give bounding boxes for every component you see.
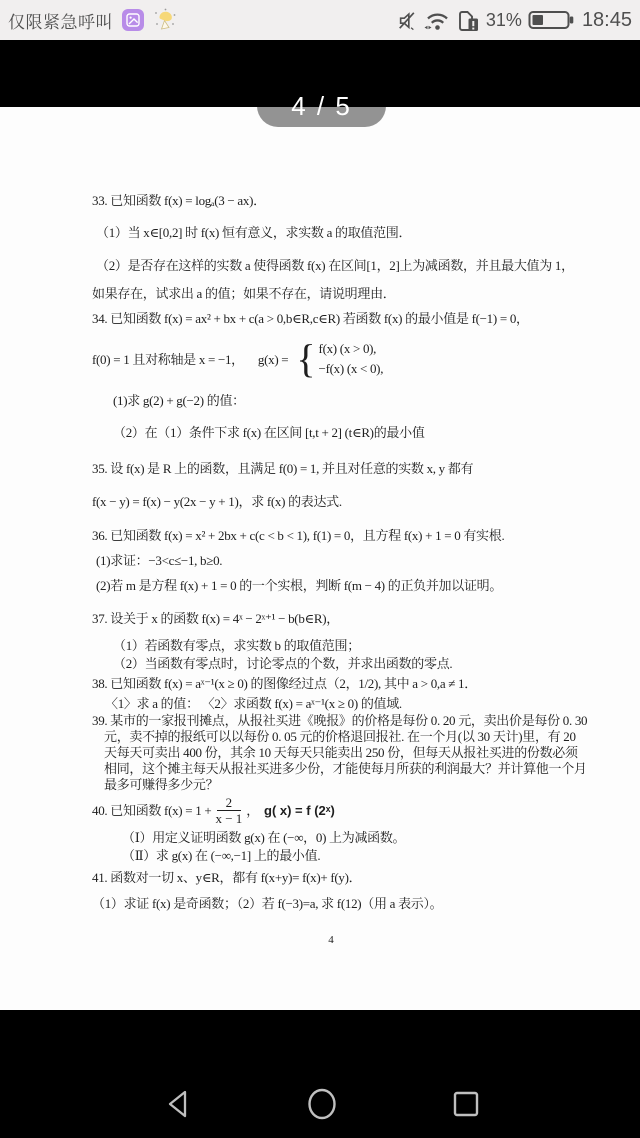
q40-line-2: （Ⅰ）用定义证明函数 g(x) 在 (−∞，0) 上为减函数。 <box>122 829 570 847</box>
q34-piecewise-line: f(0) = 1 且对称轴是 x = −1， g(x) = { f(x) (x … <box>92 336 570 382</box>
gallery-notification-icon <box>122 9 144 31</box>
page-indicator-pill: 4 / 5 <box>257 85 386 127</box>
page-number: 4 <box>92 931 570 950</box>
cases-brace: { <box>296 337 315 381</box>
fraction-numerator: 2 <box>217 795 242 811</box>
q34-cases-function: g(x) = <box>258 350 288 369</box>
tips-notification-icon <box>153 7 178 34</box>
q34-line-4: （2）在（1）条件下求 f(x) 在区间 [t,t + 2] (t∈R)的最小值 <box>113 423 570 442</box>
q39-line-5: 最多可赚得多少元？ <box>104 777 570 793</box>
q34-line-1: 34. 已知函数 f(x) = ax² + bx + c(a > 0,b∈R,c… <box>92 309 570 328</box>
q36-line-3: (2)若 m 是方程 f(x) + 1 = 0 的一个实根，判断 f(m − 4… <box>96 576 570 595</box>
fraction-denominator: x − 1 <box>215 811 242 826</box>
battery-percent: 31% <box>486 10 522 31</box>
status-bar[interactable]: 仅限紧急呼叫 <box>0 0 640 40</box>
q34-case-1: f(x) (x > 0), <box>319 339 384 359</box>
q40-comma: ， <box>246 801 259 820</box>
q35-line-2: f(x − y) = f(x) − y(2x − y + 1)，求 f(x) 的… <box>92 492 570 511</box>
q40-prefix: 40. 已知函数 f(x) = 1 + <box>92 801 211 820</box>
q41-line-2: （1）求证 f(x) 是奇函数；（2）若 f(−3)=a, 求 f(12)（用 … <box>92 895 570 913</box>
q33-line-2: （1）当 x∈[0,2] 时 f(x) 恒有意义，求实数 a 的取值范围． <box>96 223 570 242</box>
home-button[interactable] <box>302 1084 342 1124</box>
q35-line-1: 35. 设 f(x) 是 R 上的函数，且满足 f(0) = 1, 并且对任意的… <box>92 459 570 478</box>
q38-line-1: 38. 已知函数 f(x) = aˣ⁻¹(x ≥ 0) 的图像经过点（2，1/2… <box>92 675 570 693</box>
q34-case-2: −f(x) (x < 0), <box>319 359 384 379</box>
back-button[interactable] <box>158 1084 198 1124</box>
clock: 18:45 <box>582 9 632 32</box>
q39-line-2: 元，卖不掉的报纸可以以每份 0. 05 元的价格退回报社. 在一个月(以 30 … <box>104 729 570 745</box>
recents-button[interactable] <box>446 1084 486 1124</box>
q37-line-2: （1）若函数有零点，求实数 b 的取值范围； <box>113 637 570 655</box>
home-icon <box>306 1087 338 1121</box>
q37-line-1: 37. 设关于 x 的函数 f(x) = 4ˣ − 2ˣ⁺¹ − b(b∈R)， <box>92 609 570 628</box>
back-icon <box>165 1089 191 1119</box>
q34-line-3: (1)求 g(2) + g(−2) 的值： <box>113 391 570 410</box>
q40-gx-definition: g( x) = f (2ˣ) <box>264 803 335 818</box>
q36-line-1: 36. 已知函数 f(x) = x² + 2bx + c(c < b < 1),… <box>92 526 570 545</box>
q33-line-3: （2）是否存在这样的实数 a 使得函数 f(x) 在区间[1，2]上为减函数，并… <box>96 256 570 275</box>
page-indicator-label: 4 / 5 <box>291 91 352 122</box>
status-bar-left: 仅限紧急呼叫 <box>8 7 178 34</box>
navigation-bar <box>0 1010 640 1138</box>
recents-icon <box>452 1090 480 1118</box>
q39-line-4: 相同，这个摊主每天从报社买进多少份，才能使每月所获的利润最大？并计算他一个月 <box>104 761 570 777</box>
battery-icon <box>528 9 574 31</box>
q36-line-2: (1)求证：−3<c≤−1, b≥0. <box>96 551 570 570</box>
q39-line-3: 天每天可卖出 400 份，其余 10 天每天只能卖出 250 份，但每天从报社买… <box>104 745 570 761</box>
q40-fraction-line: 40. 已知函数 f(x) = 1 + 2 x − 1 ， g( x) = f … <box>92 793 570 827</box>
q41-line-1: 41. 函数对一切 x、y∈R，都有 f(x+y)= f(x)+ f(y)． <box>92 869 570 887</box>
q33-line-1: 33. 已知函数 f(x) = logₐ(3 − ax)． <box>92 191 570 210</box>
q40-line-3: （Ⅱ）求 g(x) 在 (−∞,−1] 上的最小值. <box>122 847 570 865</box>
document-page[interactable]: 33. 已知函数 f(x) = logₐ(3 − ax)． （1）当 x∈[0,… <box>0 107 640 1010</box>
q34-cases: f(x) (x > 0), −f(x) (x < 0), <box>319 339 384 379</box>
status-bar-right: 31% 18:45 <box>397 9 632 32</box>
wifi-icon <box>423 9 451 32</box>
fraction: 2 x − 1 <box>215 795 242 826</box>
carrier-text: 仅限紧急呼叫 <box>8 8 113 33</box>
sim-alert-icon <box>457 9 480 32</box>
q38-line-2: 〈1〉求 a 的值： 〈2〉求函数 f(x) = aˣ⁻¹(x ≥ 0) 的值域… <box>105 695 570 713</box>
q33-line-4: 如果存在，试求出 a 的值；如果不存在，请说明理由． <box>92 284 570 303</box>
q39-line-1: 39. 某市的一家报刊摊点，从报社买进《晚报》的价格是每份 0. 20 元，卖出… <box>92 713 570 729</box>
mute-icon <box>397 10 417 31</box>
q34-cases-prefix: f(0) = 1 且对称轴是 x = −1， <box>92 350 244 369</box>
q37-line-3: （2）当函数有零点时，讨论零点的个数，并求出函数的零点. <box>113 655 570 673</box>
